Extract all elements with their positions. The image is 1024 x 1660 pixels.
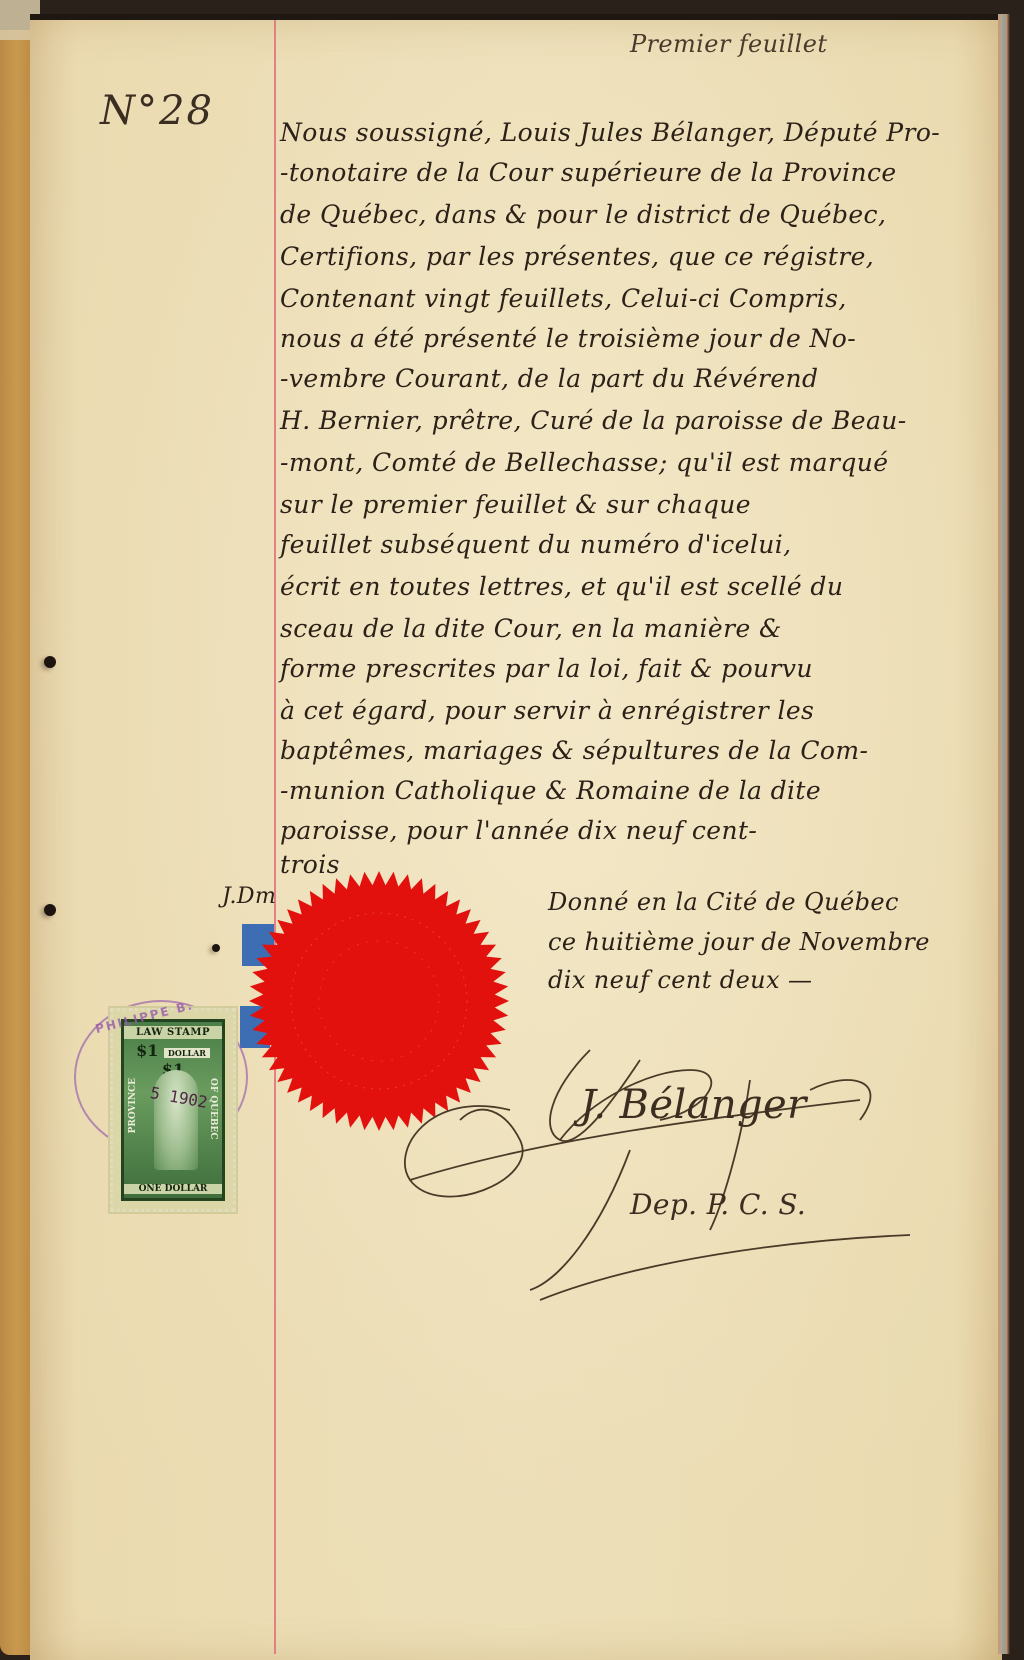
body-line: nous a été présenté le troisième jour de… — [280, 324, 856, 353]
body-line: Certifions, par les présentes, que ce ré… — [280, 242, 874, 271]
stamp-title: LAW STAMP — [124, 1026, 222, 1039]
body-line: Nous soussigné, Louis Jules Bélanger, Dé… — [280, 118, 940, 147]
body-line: H. Bernier, prêtre, Curé de la paroisse … — [280, 406, 907, 435]
signature: J. Bélanger Dep. P. C. S. — [390, 1030, 950, 1310]
dated-line: dix neuf cent deux — — [548, 966, 812, 994]
body-line: -mont, Comté de Bellechasse; qu'il est m… — [280, 448, 888, 477]
body-line: -vembre Courant, de la part du Révérend — [280, 364, 818, 393]
signature-flourish-icon — [390, 1030, 950, 1310]
body-line: baptêmes, mariages & sépultures de la Co… — [280, 736, 868, 765]
punch-hole — [44, 904, 56, 916]
body-line: à cet égard, pour servir à enrégistrer l… — [280, 696, 814, 725]
body-line: Contenant vingt feuillets, Celui-ci Comp… — [280, 284, 847, 313]
body-line: paroisse, pour l'année dix neuf cent- — [280, 816, 757, 845]
body-line: -munion Catholique & Romaine de la dite — [280, 776, 821, 805]
ink-spot — [212, 944, 220, 952]
page-edge — [998, 14, 1010, 1654]
body-line: forme prescrites par la loi, fait & pour… — [280, 654, 813, 683]
body-line: -tonotaire de la Cour supérieure de la P… — [280, 158, 897, 187]
signature-title: Dep. P. C. S. — [630, 1188, 806, 1221]
dated-line: ce huitième jour de Novembre — [548, 928, 930, 956]
punch-hole — [44, 656, 56, 668]
header-note: Premier feuillet — [630, 30, 827, 58]
signature-name: J. Bélanger — [580, 1082, 807, 1128]
body-line: sur le premier feuillet & sur chaque — [280, 490, 751, 519]
margin-line — [274, 20, 276, 1654]
body-line: écrit en toutes lettres, et qu'il est sc… — [280, 572, 843, 601]
law-stamp: LAW STAMP $1 DOLLAR $1 PROVINCE OF QUEBE… — [110, 1008, 236, 1212]
entry-number: N°28 — [100, 88, 214, 134]
dated-line: Donné en la Cité de Québec — [548, 888, 899, 916]
body-line: de Québec, dans & pour le district de Qu… — [280, 200, 886, 229]
body-line: sceau de la dite Cour, en la manière & — [280, 614, 782, 643]
body-line: feuillet subséquent du numéro d'icelui, — [280, 530, 792, 559]
